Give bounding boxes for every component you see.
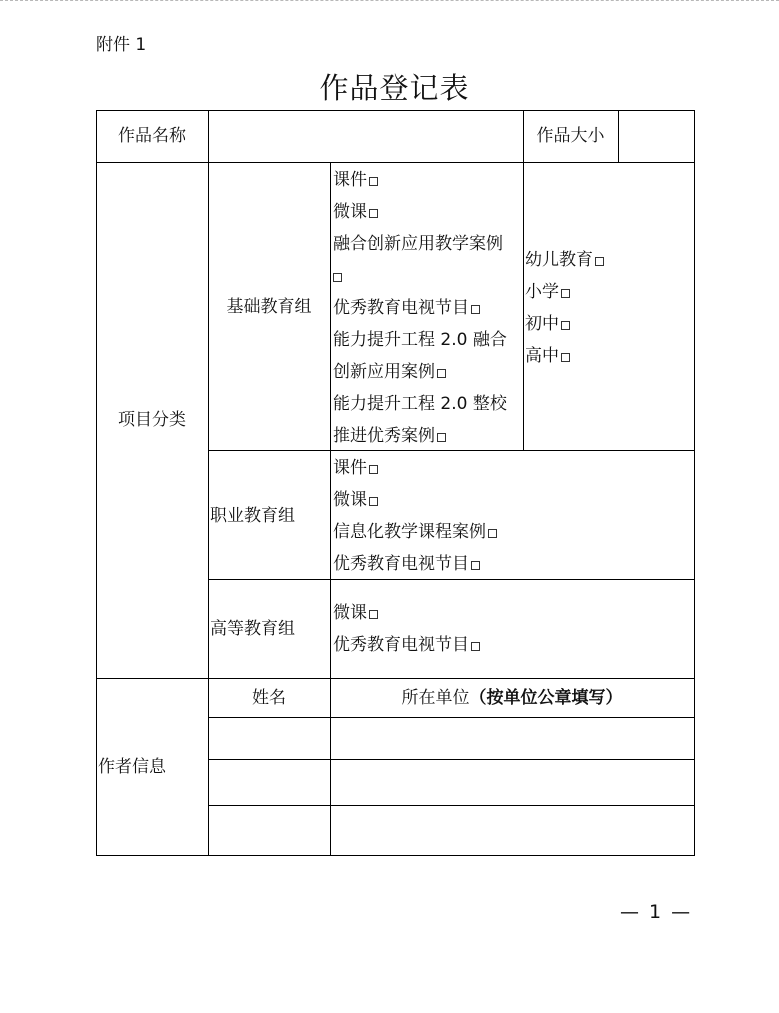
page-number: — 1 — — [620, 901, 692, 923]
option-tv-program[interactable]: 优秀教育电视节目 — [333, 548, 497, 580]
checkbox-icon[interactable] — [561, 321, 570, 330]
checkbox-icon[interactable] — [437, 369, 446, 378]
option-innovative-teaching-case[interactable]: 融合创新应用教学案例 — [333, 228, 507, 292]
option-tv-program[interactable]: 优秀教育电视节目 — [333, 629, 480, 661]
option-micro-course[interactable]: 微课 — [333, 196, 507, 228]
option-courseware[interactable]: 课件 — [333, 452, 497, 484]
checkbox-icon[interactable] — [369, 177, 378, 186]
group-higher-education-label: 高等教育组 — [210, 613, 295, 645]
checkbox-icon[interactable] — [595, 257, 604, 266]
row-divider — [96, 162, 695, 163]
checkbox-icon[interactable] — [471, 642, 480, 651]
level-senior-high[interactable]: 高中 — [525, 340, 604, 372]
level-primary[interactable]: 小学 — [525, 276, 604, 308]
option-tv-program[interactable]: 优秀教育电视节目 — [333, 292, 507, 324]
column-divider — [523, 162, 524, 450]
checkbox-icon[interactable] — [561, 353, 570, 362]
work-name-field[interactable] — [209, 111, 523, 162]
option-courseware[interactable]: 课件 — [333, 164, 507, 196]
author-name-field-1[interactable] — [209, 718, 330, 759]
option-micro-course[interactable]: 微课 — [333, 597, 480, 629]
page-top-boundary — [0, 0, 779, 1]
author-unit-header: 所在单位（按单位公章填写） — [330, 682, 694, 714]
table-border-left — [96, 110, 97, 856]
school-levels: 幼儿教育 小学 初中 高中 — [525, 244, 604, 372]
author-name-field-3[interactable] — [209, 806, 330, 855]
work-size-field[interactable] — [619, 111, 694, 162]
table-border-bottom — [96, 855, 695, 856]
author-info-label: 作者信息 — [98, 751, 166, 783]
work-name-label: 作品名称 — [96, 120, 208, 152]
checkbox-icon[interactable] — [471, 305, 480, 314]
checkbox-icon[interactable] — [437, 433, 446, 442]
vocational-options: 课件 微课 信息化教学课程案例 优秀教育电视节目 — [333, 452, 497, 580]
group-basic-education-label: 基础教育组 — [208, 291, 330, 323]
author-unit-field-1[interactable] — [331, 718, 694, 759]
option-informatized-course-case[interactable]: 信息化教学课程案例 — [333, 516, 497, 548]
author-unit-field-2[interactable] — [331, 760, 694, 805]
checkbox-icon[interactable] — [333, 273, 342, 282]
option-capability-integration-case[interactable]: 能力提升工程 2.0 融合创新应用案例 — [333, 324, 507, 388]
checkbox-icon[interactable] — [369, 465, 378, 474]
author-unit-field-3[interactable] — [331, 806, 694, 855]
attachment-label: 附件 1 — [96, 30, 146, 55]
page-title: 作品登记表 — [0, 66, 779, 107]
level-junior-high[interactable]: 初中 — [525, 308, 604, 340]
checkbox-icon[interactable] — [561, 289, 570, 298]
higher-ed-options: 微课 优秀教育电视节目 — [333, 597, 480, 661]
author-name-header: 姓名 — [208, 682, 330, 714]
checkbox-icon[interactable] — [369, 209, 378, 218]
row-divider — [96, 678, 695, 679]
checkbox-icon[interactable] — [369, 610, 378, 619]
author-name-field-2[interactable] — [209, 760, 330, 805]
checkbox-icon[interactable] — [369, 497, 378, 506]
category-label: 项目分类 — [96, 404, 208, 436]
option-capability-whole-school-case[interactable]: 能力提升工程 2.0 整校推进优秀案例 — [333, 388, 507, 452]
checkbox-icon[interactable] — [488, 529, 497, 538]
group-vocational-label: 职业教育组 — [210, 500, 295, 532]
checkbox-icon[interactable] — [471, 561, 480, 570]
work-size-label: 作品大小 — [523, 120, 618, 152]
level-kindergarten[interactable]: 幼儿教育 — [525, 244, 604, 276]
option-micro-course[interactable]: 微课 — [333, 484, 497, 516]
table-border-right — [694, 110, 695, 856]
basic-ed-options: 课件 微课 融合创新应用教学案例 优秀教育电视节目 能力提升工程 2.0 融合创… — [333, 164, 507, 452]
